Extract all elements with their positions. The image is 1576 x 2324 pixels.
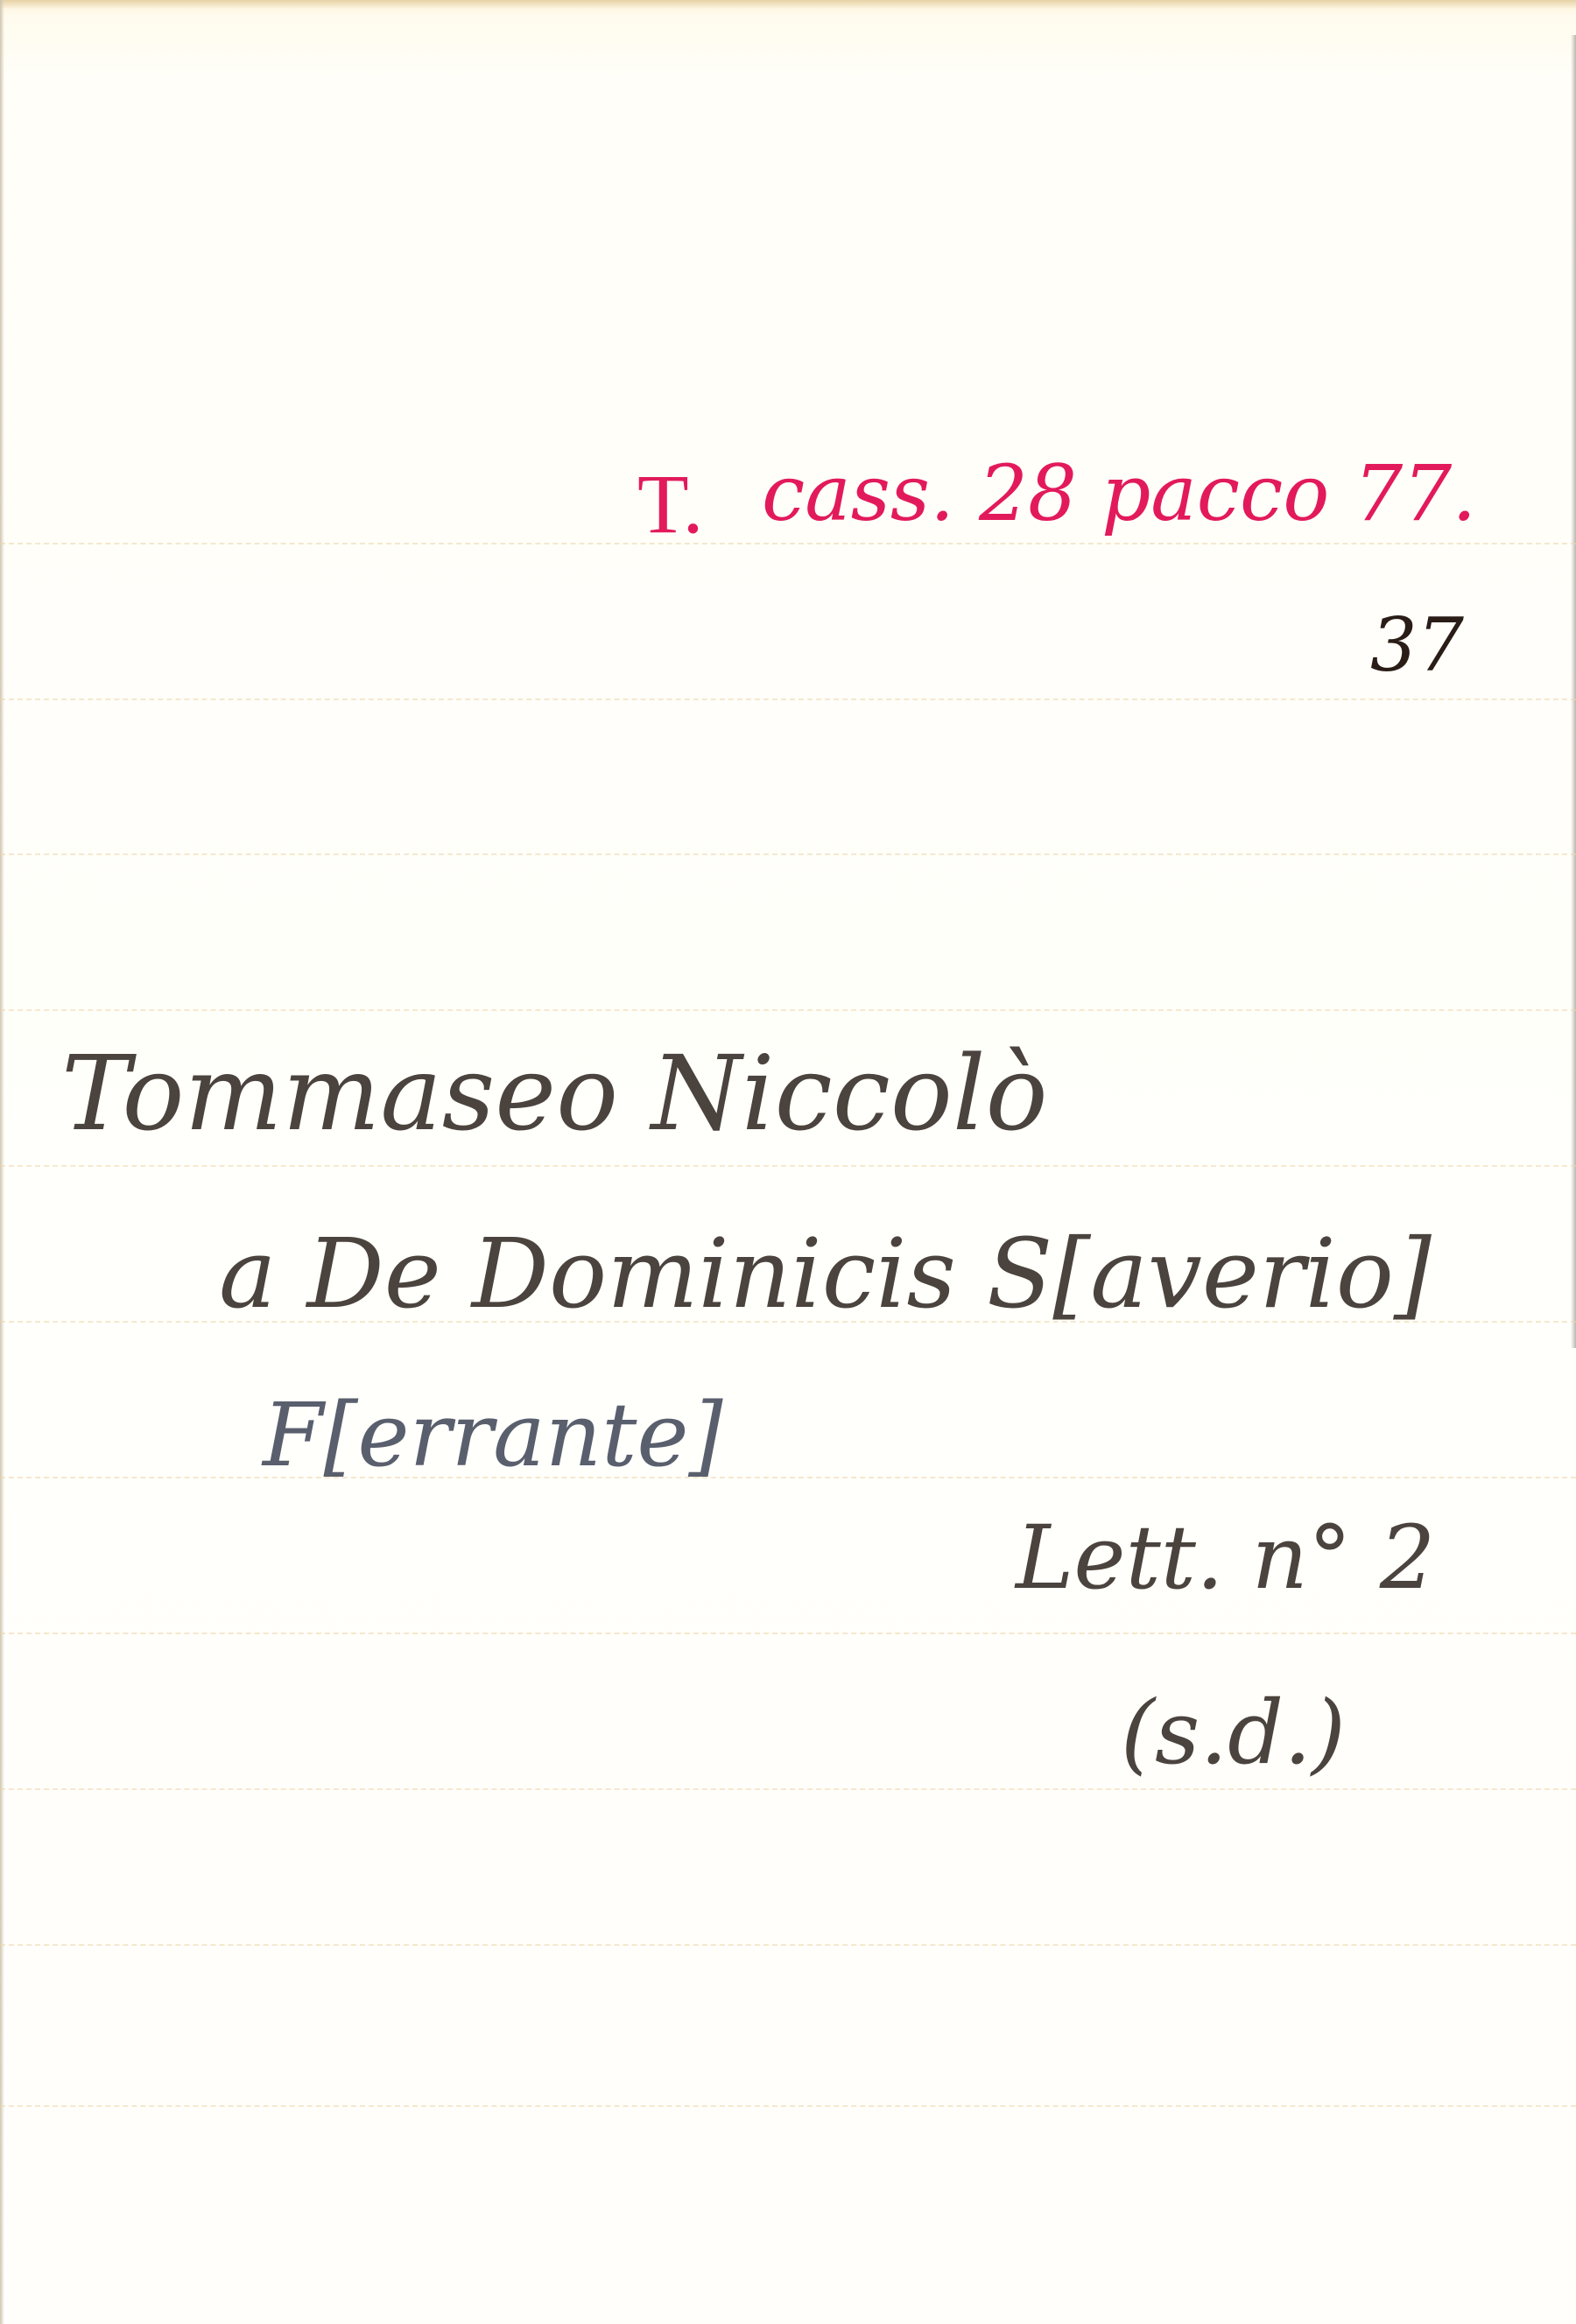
catalog-card: T. cass. 28 pacco 77. 37 Tommaseo Niccol…: [0, 0, 1576, 2324]
card-right-edge: [1571, 35, 1576, 1348]
author-name: Tommaseo Niccolò: [61, 1042, 1048, 1145]
ruled-line: [0, 1009, 1576, 1011]
letter-count: Lett. n° 2: [1016, 1514, 1435, 1602]
ruled-line: [0, 699, 1576, 700]
recipient-name: a De Dominicis S[averio]: [219, 1225, 1432, 1322]
ruled-line: [0, 1944, 1576, 1946]
ruled-line: [0, 1477, 1576, 1478]
card-top-edge: [0, 0, 1576, 9]
date-note: (s.d.): [1121, 1689, 1346, 1777]
shelfmark-location: cass. 28 pacco 77.: [762, 455, 1476, 532]
ruled-line: [0, 1165, 1576, 1167]
ruled-line: [0, 543, 1576, 544]
ruled-line: [0, 2105, 1576, 2107]
ruled-line: [0, 1632, 1576, 1634]
ruled-line: [0, 1788, 1576, 1790]
shelfmark-prefix: T.: [637, 462, 704, 546]
recipient-forename: F[errante]: [263, 1392, 723, 1479]
item-number: 37: [1370, 608, 1464, 682]
card-left-edge: [0, 0, 4, 2324]
ruled-line: [0, 853, 1576, 855]
